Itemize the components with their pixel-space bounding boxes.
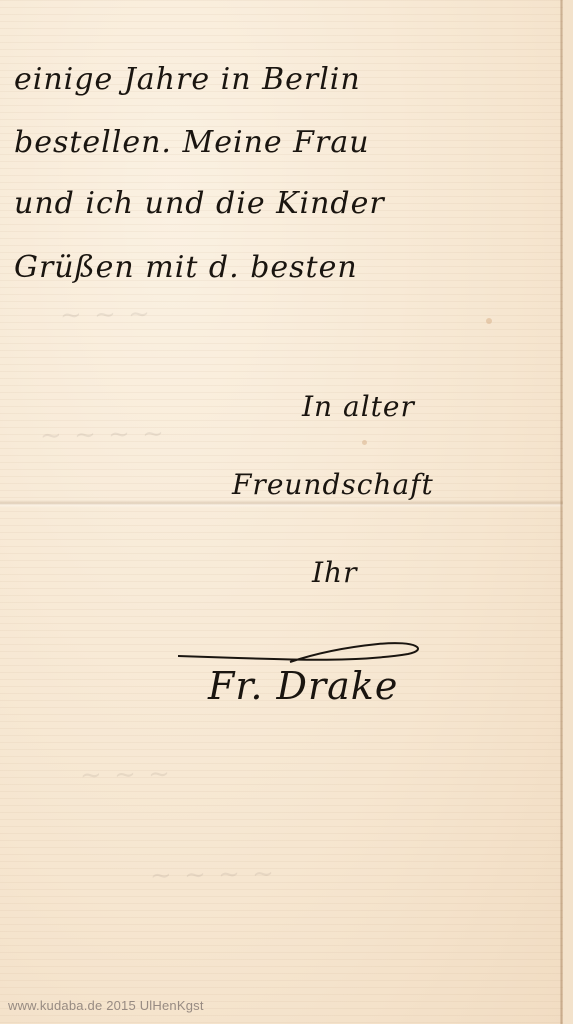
letter-body-line-1: einige Jahre in Berlin [14, 62, 361, 97]
letter-body-line-4: Grüßen mit d. besten [14, 250, 358, 285]
letter-page: ~ ~ ~ ~ ~ ~ ~ ~ ~ ~ ~ ~ ~ ~ einige Jahre… [0, 0, 573, 1024]
horizontal-fold-crease [0, 500, 573, 508]
closing-line-ihr: Ihr [312, 556, 357, 589]
closing-line-freundschaft: Freundschaft [232, 468, 434, 501]
watermark: www.kudaba.de 2015 UlHenKgst [8, 998, 204, 1013]
ink-stain [486, 318, 492, 324]
page-margin-strip [563, 0, 573, 1024]
signature: Fr. Drake [208, 664, 398, 708]
bleed-through-text: ~ ~ ~ [60, 299, 152, 331]
bleed-through-text: ~ ~ ~ [80, 759, 172, 791]
letter-body-line-2: bestellen. Meine Frau [14, 125, 370, 160]
bleed-through-text: ~ ~ ~ ~ [40, 419, 166, 451]
letter-body-line-3: und ich und die Kinder [14, 186, 385, 221]
bleed-through-text: ~ ~ ~ ~ [150, 859, 276, 891]
ink-stain [362, 440, 367, 445]
closing-line-in-alter: In alter [302, 390, 415, 423]
